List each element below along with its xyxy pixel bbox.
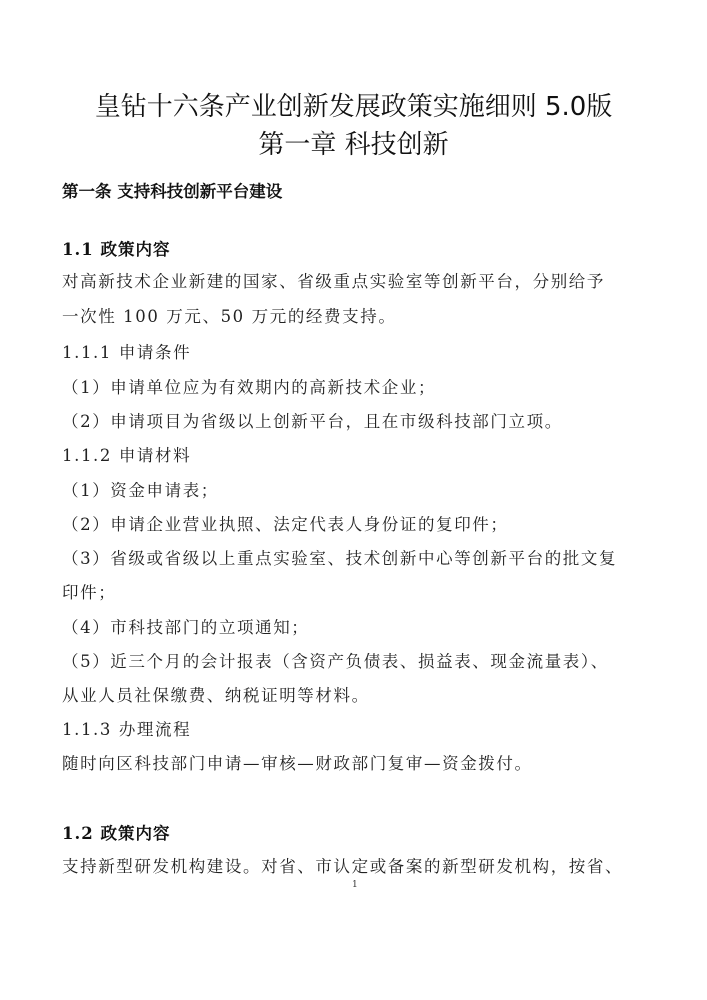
paragraph-line: （5）近三个月的会计报表（含资产负债表、损益表、现金流量表）、 [62,648,609,672]
paragraph-line: 印件； [62,579,116,603]
subsection-heading: 1.1.3 办理流程 [62,716,191,740]
paragraph-line: 随时向区科技部门申请—审核—财政部门复审—资金拨付。 [62,750,533,774]
article-heading: 第一条 支持科技创新平台建设 [62,178,282,202]
paragraph-line: 支持新型研发机构建设。对省、市认定或备案的新型研发机构，按省、 [62,853,623,877]
section-heading: 1.2 政策内容 [62,820,170,844]
document-title: 皇钻十六条产业创新发展政策实施细则 5.0版 [0,86,707,123]
page-number: 1 [352,880,358,890]
paragraph-line: （1）资金申请表； [62,477,219,501]
paragraph-line: （3）省级或省级以上重点实验室、技术创新中心等创新平台的批文复 [62,545,617,569]
paragraph-line: 一次性 100 万元、50 万元的经费支持。 [62,303,396,327]
paragraph-line: 对高新技术企业新建的国家、省级重点实验室等创新平台，分别给予 [62,268,605,292]
subsection-heading: 1.1.1 申请条件 [62,339,191,363]
paragraph-line: （1）申请单位应为有效期内的高新技术企业； [62,374,436,398]
subsection-heading: 1.1.2 申请材料 [62,442,191,466]
section-heading: 1.1 政策内容 [62,236,170,260]
paragraph-line: 从业人员社保缴费、纳税证明等材料。 [62,682,370,706]
document-page: 皇钻十六条产业创新发展政策实施细则 5.0版 第一章 科技创新 第一条 支持科技… [0,0,707,1000]
paragraph-line: （2）申请企业营业执照、法定代表人身份证的复印件； [62,511,509,535]
paragraph-line: （2）申请项目为省级以上创新平台，且在市级科技部门立项。 [62,408,563,432]
paragraph-line: （4）市科技部门的立项通知； [62,614,309,638]
chapter-title: 第一章 科技创新 [0,124,707,161]
